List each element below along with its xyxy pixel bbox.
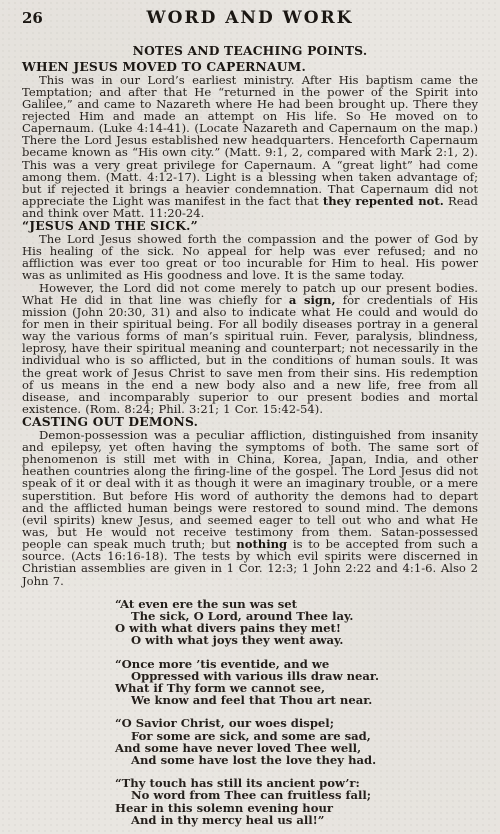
- poem-line: We know and feel that Thou art near.: [115, 694, 478, 706]
- paragraph: Demon-possession was a peculiar afflicti…: [22, 429, 478, 587]
- section-1: “JESUS AND THE SICK.”The Lord Jesus show…: [22, 219, 478, 415]
- section-heading: “JESUS AND THE SICK.”: [22, 219, 478, 233]
- poem-line: No word from Thee can fruitless fall;: [115, 789, 478, 801]
- bold-emphasis: a sign,: [289, 293, 336, 307]
- paragraph: The Lord Jesus showed forth the compassi…: [22, 233, 478, 282]
- paragraph: However, the Lord did not come merely to…: [22, 282, 478, 416]
- poem-stanza-1: “At even ere the sun was setThe sick, O …: [115, 598, 478, 647]
- magazine-page: 26 WORD AND WORK NOTES AND TEACHING POIN…: [0, 0, 500, 834]
- poem-line: And some have lost the love they had.: [115, 754, 478, 766]
- page-header: 26 WORD AND WORK: [22, 8, 478, 30]
- poem-line: Hear in this solemn evening hour: [115, 802, 478, 814]
- poem-line: O with what joys they went away.: [115, 634, 478, 646]
- section-2: CASTING OUT DEMONS.Demon-possession was …: [22, 415, 478, 587]
- poem-line: For some are sick, and some are sad,: [115, 730, 478, 742]
- poem-stanza-4: “Thy touch has still its ancient pow’r:N…: [115, 777, 478, 826]
- section-heading: WHEN JESUS MOVED TO CAPERNAUM.: [22, 60, 478, 74]
- section-heading: CASTING OUT DEMONS.: [22, 415, 478, 429]
- article-title: NOTES AND TEACHING POINTS.: [22, 43, 478, 58]
- poem-line: And in thy mercy heal us all!”: [115, 814, 478, 826]
- poem: “At even ere the sun was setThe sick, O …: [115, 598, 478, 826]
- paragraph: This was in our Lord’s earliest ministry…: [22, 74, 478, 220]
- article-body: WHEN JESUS MOVED TO CAPERNAUM.This was i…: [22, 60, 478, 587]
- bold-emphasis: they repented not.: [323, 194, 444, 208]
- poem-line: “O Savior Christ, our woes dispel;: [115, 717, 478, 729]
- section-0: WHEN JESUS MOVED TO CAPERNAUM.This was i…: [22, 60, 478, 219]
- poem-stanza-2: “Once more ’tis eventide, and weOppresse…: [115, 658, 478, 707]
- page-number: 26: [22, 9, 43, 27]
- poem-line: “Once more ’tis eventide, and we: [115, 658, 478, 670]
- poem-stanza-3: “O Savior Christ, our woes dispel;For so…: [115, 717, 478, 766]
- bold-emphasis: nothing: [236, 537, 287, 551]
- journal-title: WORD AND WORK: [22, 8, 478, 28]
